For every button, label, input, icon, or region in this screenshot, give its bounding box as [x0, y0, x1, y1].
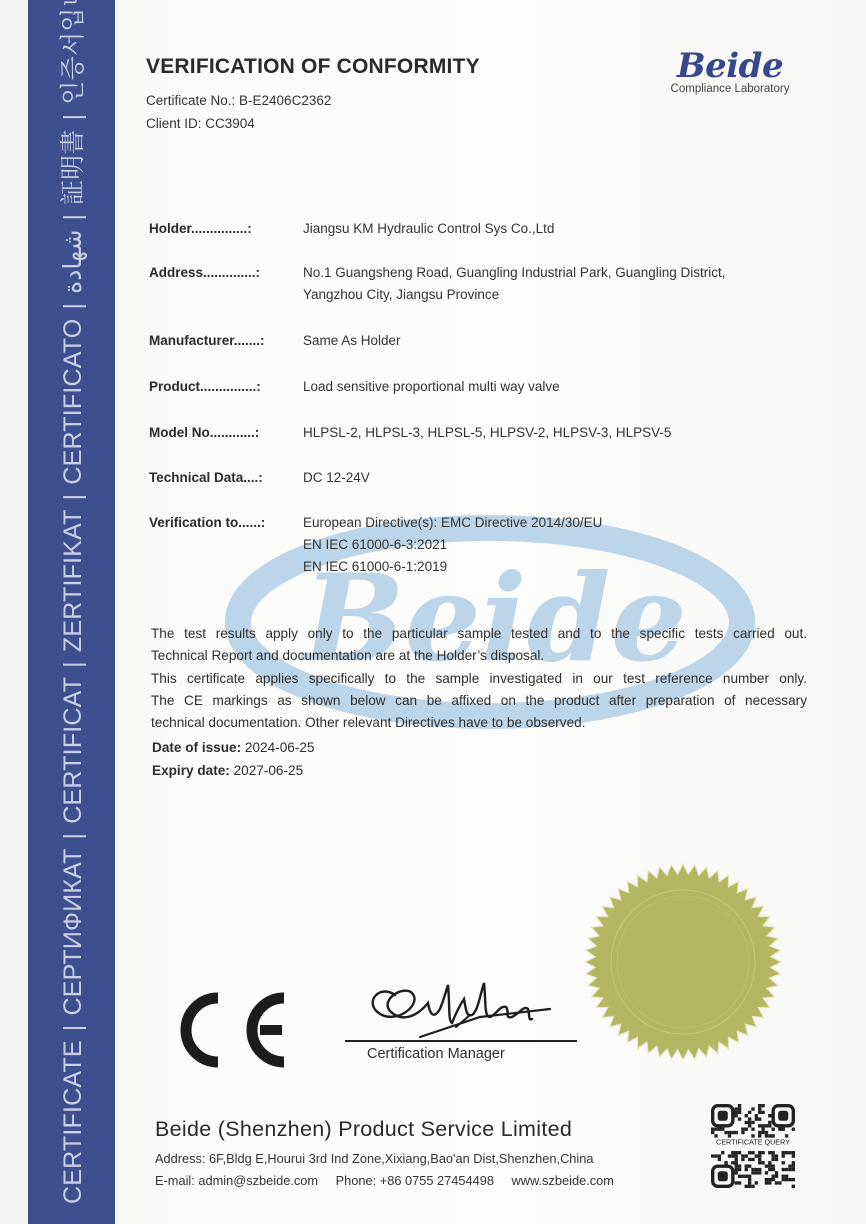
side-band-separator: | — [59, 661, 87, 668]
field-holder: Holder...............: Jiangsu KM Hydrau… — [149, 218, 554, 240]
field-value: No.1 Guangsheng Road, Guangling Industri… — [303, 262, 726, 306]
side-band-separator: | — [59, 833, 87, 840]
side-band-separator: | — [59, 214, 87, 221]
field-label: Model No............: — [149, 422, 303, 444]
signature-caption: Certification Manager — [367, 1046, 505, 1062]
field-label: Manufacturer.......: — [149, 330, 303, 352]
field-label: Address..............: — [149, 262, 303, 306]
issuer-website[interactable]: www.szbeide.com — [512, 1173, 614, 1188]
document-title: VERIFICATION OF CONFORMITY — [146, 55, 480, 79]
field-product: Product...............: Load sensitive p… — [149, 376, 560, 398]
field-value: European Directive(s): EMC Directive 201… — [303, 512, 602, 578]
side-band-separator: | — [59, 114, 87, 121]
logo-wordmark: Beide — [655, 48, 805, 84]
side-band-separator: | — [59, 303, 87, 310]
side-band-separator: | — [59, 494, 87, 501]
logo-subtitle: Compliance Laboratory — [655, 83, 805, 95]
side-band-segment: CERTIFICATE — [59, 1040, 87, 1204]
qr-code-icon[interactable]: CERTIFICATE QUERY — [711, 1104, 795, 1188]
issue-date: Date of issue: 2024-06-25 — [152, 740, 314, 755]
side-band-text: CERTIFICATE|СЕРТИФИКАТ|CERTIFICAT|ZERTIF… — [53, 0, 89, 1204]
issuer-contact: E-mail: admin@szbeide.com Phone: +86 075… — [155, 1173, 614, 1188]
certificate-number: Certificate No.: B-E2406C2362 — [146, 93, 331, 108]
client-id: Client ID: CC3904 — [146, 116, 255, 131]
issuer-phone: Phone: +86 0755 27454498 — [336, 1173, 494, 1188]
svg-text:CERTIFICATE QUERY: CERTIFICATE QUERY — [716, 1138, 790, 1147]
field-technical-data: Technical Data....: DC 12-24V — [149, 467, 370, 489]
field-model-no: Model No............: HLPSL-2, HLPSL-3, … — [149, 422, 671, 444]
field-value: DC 12-24V — [303, 467, 370, 489]
side-band-segment: 인증서입니다 — [59, 0, 87, 105]
side-band-segment: СЕРТИФИКАТ — [59, 848, 87, 1015]
issuer-address: Address: 6F,Bldg E,Hourui 3rd Ind Zone,X… — [155, 1151, 594, 1166]
field-value: HLPSL-2, HLPSL-3, HLPSL-5, HLPSV-2, HLPS… — [303, 422, 671, 444]
field-label: Holder...............: — [149, 218, 303, 240]
field-value: Same As Holder — [303, 330, 401, 352]
side-band-separator: | — [59, 1025, 87, 1032]
field-value: Jiangsu KM Hydraulic Control Sys Co.,Ltd — [303, 218, 554, 240]
expiry-date: Expiry date: 2027-06-25 — [152, 763, 303, 778]
signature-icon — [360, 965, 560, 1045]
field-label: Verification to......: — [149, 512, 303, 578]
beide-logo: Beide Compliance Laboratory — [655, 48, 805, 95]
certificate-page: CERTIFICATE|СЕРТИФИКАТ|CERTIFICAT|ZERTIF… — [0, 0, 866, 1224]
field-address: Address..............: No.1 Guangsheng R… — [149, 262, 726, 306]
signature-line — [345, 1040, 577, 1042]
field-manufacturer: Manufacturer.......: Same As Holder — [149, 330, 401, 352]
field-label: Product...............: — [149, 376, 303, 398]
ce-mark-icon — [180, 990, 290, 1070]
side-band-segment: CERTIFICATO — [59, 319, 87, 485]
field-verification-to: Verification to......: European Directiv… — [149, 512, 602, 578]
side-band-segment: CERTIFICAT — [59, 677, 87, 824]
side-band-segment: شهادة — [59, 230, 87, 294]
gold-seal-icon — [583, 862, 783, 1062]
issuer-company-name: Beide (Shenzhen) Product Service Limited — [155, 1117, 572, 1142]
side-band-segment: ZERTIFIKAT — [59, 509, 87, 652]
field-value: Load sensitive proportional multi way va… — [303, 376, 560, 398]
field-label: Technical Data....: — [149, 467, 303, 489]
statement-paragraph: The test results apply only to the parti… — [151, 623, 807, 734]
side-band-segment: 証明書 — [59, 129, 87, 205]
issuer-email[interactable]: E-mail: admin@szbeide.com — [155, 1173, 318, 1188]
